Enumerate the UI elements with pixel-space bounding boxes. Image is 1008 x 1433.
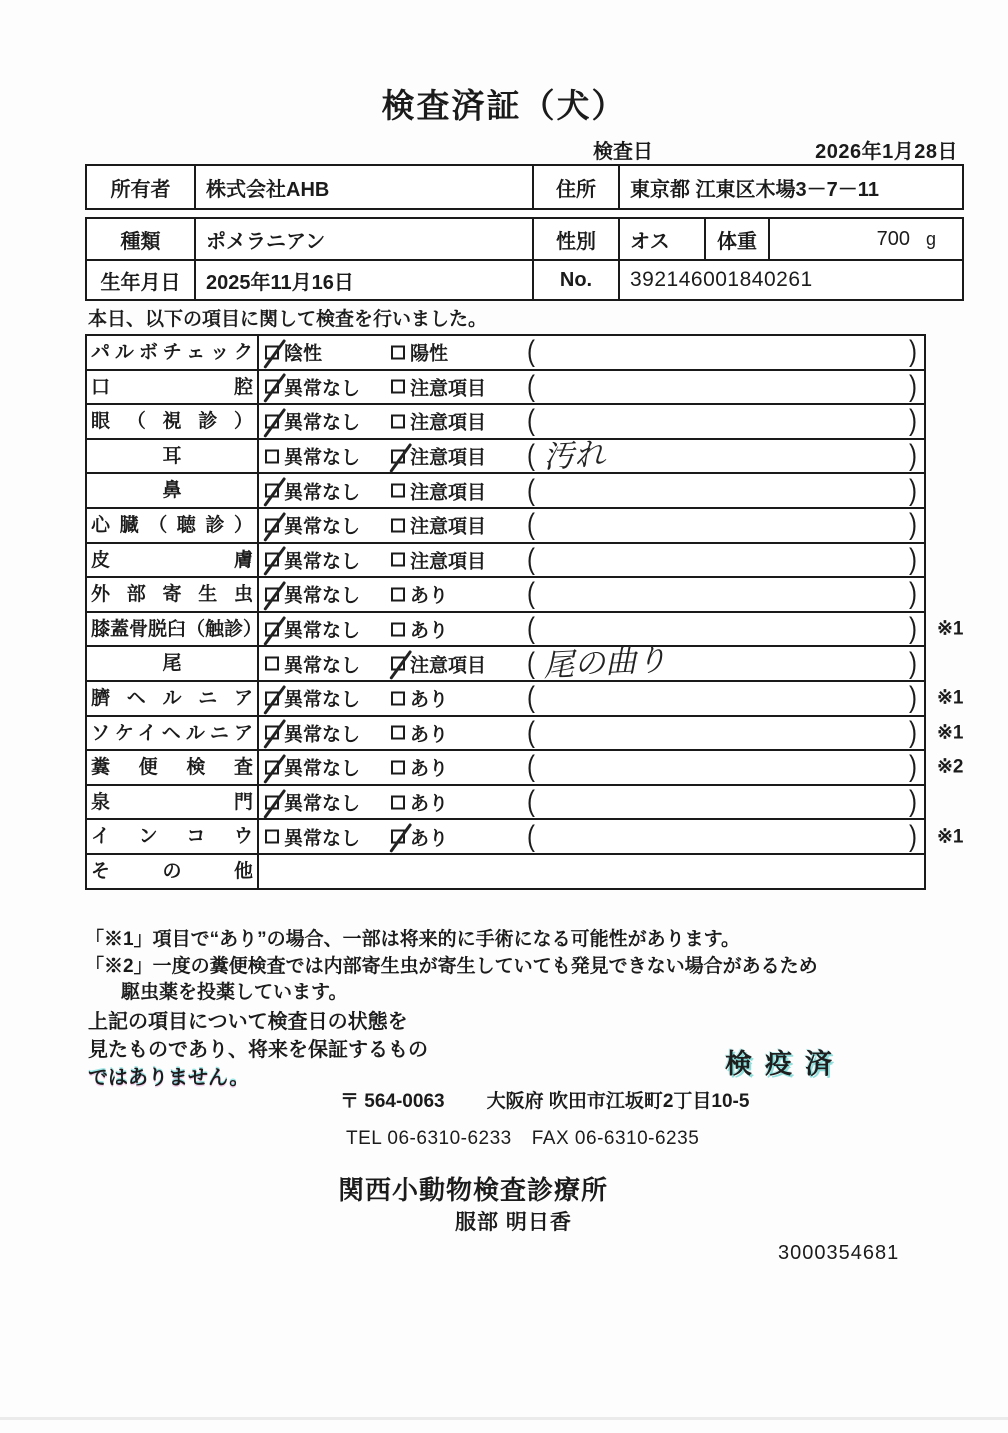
option-2: あり — [391, 685, 448, 712]
checkbox-icon — [391, 449, 405, 463]
option-1: 異常なし — [265, 823, 360, 850]
row-label: ソケイヘルニア — [87, 717, 259, 750]
owner-table: 所有者 株式会社AHB 住所 東京都 江東区木場3－7－11 — [85, 164, 964, 210]
clinic-phone-line: TEL 06-6310-6233FAX 06-6310-6235 — [346, 1128, 699, 1150]
option-2: あり — [391, 616, 448, 643]
clinic-tel: TEL 06-6310-6233 — [346, 1128, 512, 1149]
option-2-label: あり — [410, 685, 448, 712]
exam-date-label: 検査日 — [593, 135, 653, 164]
quarantine-stamp: 検疫済 — [725, 1042, 845, 1081]
checkbox-icon — [391, 380, 405, 394]
row-note-handwriting: 汚れ — [542, 428, 606, 476]
owner-value: 株式会社AHB — [194, 166, 532, 208]
paren-open-icon: ( — [527, 439, 535, 474]
row-label: 外部寄生虫 — [87, 578, 259, 611]
weight-unit: g — [926, 229, 936, 250]
option-1-label: 異常なし — [284, 823, 360, 850]
checklist-row: 臍ヘルニア 異常なし あり ( ) ※1 — [85, 680, 926, 717]
paren-open-icon: ( — [527, 577, 535, 612]
paren-close-icon: ) — [909, 612, 917, 647]
option-2: あり — [391, 823, 448, 850]
option-1-label: 異常なし — [284, 789, 360, 816]
clinic-name: 関西小動物検査診療所 — [338, 1170, 608, 1207]
species-value: ポメラニアン — [194, 219, 532, 259]
row-options: 異常なし 注意項目 ( ) — [259, 371, 924, 404]
row-options: 陰性 陽性 ( ) — [259, 336, 924, 369]
option-1-label: 異常なし — [284, 477, 360, 504]
option-2-label: あり — [410, 823, 448, 850]
row-label: 尾 — [87, 647, 259, 680]
address-value: 東京都 江東区木場3－7－11 — [618, 166, 962, 208]
checkbox-icon — [265, 484, 279, 498]
checkbox-icon — [391, 795, 405, 809]
checkbox-icon — [391, 414, 405, 428]
option-1: 異常なし — [265, 408, 360, 435]
paren-close-icon: ) — [909, 369, 917, 404]
row-options: 異常なし あり ( ) — [259, 751, 924, 784]
option-2-label: あり — [410, 754, 448, 781]
row-footnote-mark: ※1 — [937, 721, 964, 744]
checkbox-icon — [391, 518, 405, 532]
row-label: 口腔 — [87, 371, 259, 404]
row-label: パルボチェック — [87, 336, 259, 369]
option-1-label: 異常なし — [284, 616, 360, 643]
row-label: 臍ヘルニア — [87, 682, 259, 715]
checkbox-icon — [391, 484, 405, 498]
option-2-label: 注意項目 — [410, 477, 486, 504]
address-label: 住所 — [532, 166, 618, 208]
row-label: 泉門 — [87, 786, 259, 819]
checkbox-icon — [265, 830, 279, 844]
option-1: 異常なし — [265, 477, 360, 504]
weight-value: 700 g — [768, 219, 962, 259]
row-label: インコウ — [87, 820, 259, 853]
option-2: あり — [391, 719, 448, 746]
row-note-handwriting: 尾の曲り — [542, 634, 668, 685]
paren-close-icon: ) — [909, 542, 917, 577]
checklist-row: 糞便検査 異常なし あり ( ) ※2 — [85, 749, 926, 786]
option-1: 異常なし — [265, 373, 360, 400]
animal-table: 種類 ポメラニアン 性別 オス 体重 700 g 生年月日 2025年11月16… — [85, 217, 964, 301]
weight-label: 体重 — [704, 219, 768, 259]
checklist-row: 口腔 異常なし 注意項目 ( ) — [85, 369, 926, 406]
checkbox-icon — [391, 587, 405, 601]
statement-line-1: 上記の項目について検査日の状態を — [88, 1008, 428, 1036]
row-options: 異常なし あり ( ) — [259, 682, 924, 715]
paren-open-icon: ( — [527, 404, 535, 439]
checkbox-icon — [265, 449, 279, 463]
document-number: 3000354681 — [778, 1242, 899, 1265]
option-2-label: あり — [410, 719, 448, 746]
paren-close-icon: ) — [909, 750, 917, 785]
checkbox-icon — [391, 830, 405, 844]
option-1-label: 異常なし — [284, 373, 360, 400]
option-2-label: 注意項目 — [410, 512, 486, 539]
paren-close-icon: ) — [909, 819, 917, 854]
checkbox-icon — [391, 657, 405, 671]
row-footnote-mark: ※1 — [937, 687, 964, 710]
row-options: 異常なし 注意項目 ( ) — [259, 474, 924, 507]
option-1: 異常なし — [265, 546, 360, 573]
footnote-2-continued: 駆虫薬を投薬しています。 — [121, 977, 347, 1004]
paren-close-icon: ) — [909, 715, 917, 750]
option-2: 注意項目 — [391, 408, 486, 435]
scan-artifact-line — [0, 1417, 1008, 1420]
checklist-row: 鼻 異常なし 注意項目 ( ) — [85, 472, 926, 509]
paren-close-icon: ) — [909, 785, 917, 820]
checklist-row: 心臓（聴診） 異常なし 注意項目 ( ) — [85, 507, 926, 544]
birth-value: 2025年11月16日 — [194, 261, 532, 299]
examiner-name: 服部 明日香 — [455, 1206, 572, 1236]
row-options: 異常なし あり ( ) — [259, 820, 924, 853]
checklist-row: 耳 異常なし 注意項目 ( 汚れ ) — [85, 438, 926, 475]
row-label: その他 — [87, 855, 259, 888]
checkbox-icon — [265, 345, 279, 359]
paren-open-icon: ( — [527, 785, 535, 820]
exam-date-value: 2026年1月28日 — [815, 135, 958, 164]
option-2: あり — [391, 754, 448, 781]
row-label: 糞便検査 — [87, 751, 259, 784]
no-value: 392146001840261 — [618, 261, 962, 299]
checklist-row: 膝蓋骨脱臼（触診） 異常なし あり ( ) ※1 — [85, 611, 926, 648]
clinic-address: 大阪府 吹田市江坂町2丁目10-5 — [487, 1091, 750, 1112]
owner-row: 所有者 株式会社AHB 住所 東京都 江東区木場3－7－11 — [87, 166, 962, 208]
birth-row: 生年月日 2025年11月16日 No. 392146001840261 — [87, 259, 962, 299]
option-1: 異常なし — [265, 443, 360, 470]
paren-close-icon: ) — [909, 681, 917, 716]
clinic-postal-code: 〒 564-0063 — [340, 1091, 445, 1112]
checkbox-icon — [265, 380, 279, 394]
checkbox-icon — [265, 691, 279, 705]
checkbox-icon — [391, 345, 405, 359]
checklist-row: パルボチェック 陰性 陽性 ( ) — [85, 334, 926, 371]
checkbox-icon — [391, 760, 405, 774]
option-1: 異常なし — [265, 581, 360, 608]
option-1-label: 異常なし — [284, 685, 360, 712]
row-options: 異常なし 注意項目 ( ) — [259, 544, 924, 577]
option-1-label: 異常なし — [284, 512, 360, 539]
paren-open-icon: ( — [527, 542, 535, 577]
row-options: 異常なし 注意項目 ( ) — [259, 509, 924, 542]
clinic-address-line: 〒 564-0063大阪府 吹田市江坂町2丁目10-5 — [340, 1086, 749, 1113]
row-options: 異常なし あり ( ) — [259, 717, 924, 750]
paren-close-icon: ) — [909, 335, 917, 370]
option-2: 注意項目 — [391, 443, 486, 470]
checkbox-icon — [265, 414, 279, 428]
option-1: 異常なし — [265, 789, 360, 816]
option-1-label: 陰性 — [284, 339, 322, 366]
paren-open-icon: ( — [527, 681, 535, 716]
checkbox-icon — [265, 622, 279, 636]
checkbox-icon — [391, 726, 405, 740]
option-2: 陽性 — [391, 339, 448, 366]
row-footnote-mark: ※2 — [937, 756, 964, 779]
row-label: 鼻 — [87, 474, 259, 507]
option-1: 陰性 — [265, 339, 322, 366]
row-footnote-mark: ※1 — [937, 825, 964, 848]
paren-open-icon: ( — [527, 646, 535, 681]
checkbox-icon — [265, 553, 279, 567]
option-1-label: 異常なし — [284, 546, 360, 573]
row-options: 異常なし 注意項目 ( 尾の曲り ) — [259, 647, 924, 680]
checkbox-icon — [391, 553, 405, 567]
row-label: 皮膚 — [87, 544, 259, 577]
paren-close-icon: ) — [909, 646, 917, 681]
checkbox-icon — [265, 726, 279, 740]
checklist-row: 皮膚 異常なし 注意項目 ( ) — [85, 542, 926, 579]
option-1: 異常なし — [265, 754, 360, 781]
row-options: 異常なし あり ( ) — [259, 786, 924, 819]
option-2: 注意項目 — [391, 373, 486, 400]
option-1: 異常なし — [265, 616, 360, 643]
option-1: 異常なし — [265, 685, 360, 712]
paren-open-icon: ( — [527, 335, 535, 370]
option-2-label: 注意項目 — [410, 546, 486, 573]
species-row: 種類 ポメラニアン 性別 オス 体重 700 g — [87, 219, 962, 259]
checkbox-icon — [265, 518, 279, 532]
row-label: 膝蓋骨脱臼（触診） — [87, 613, 259, 646]
paren-open-icon: ( — [527, 369, 535, 404]
sex-label: 性別 — [532, 219, 618, 259]
option-2-label: あり — [410, 616, 448, 643]
no-label: No. — [532, 261, 618, 299]
clinic-fax: FAX 06-6310-6235 — [532, 1128, 700, 1149]
option-2: 注意項目 — [391, 650, 486, 677]
paren-open-icon: ( — [527, 715, 535, 750]
intro-text: 本日、以下の項目に関して検査を行いました。 — [88, 304, 487, 331]
footnote-2: 「※2」一度の糞便検査では内部寄生虫が寄生していても発見できない場合があるため — [85, 951, 818, 978]
option-2: 注意項目 — [391, 546, 486, 573]
checklist-table: パルボチェック 陰性 陽性 ( ) 口腔 異常なし — [85, 334, 926, 890]
page-title: 検査済証（犬） — [0, 80, 1008, 127]
option-2: 注意項目 — [391, 477, 486, 504]
checklist-row: その他 — [85, 853, 926, 890]
checkbox-icon — [265, 760, 279, 774]
option-1-label: 異常なし — [284, 581, 360, 608]
row-footnote-mark: ※1 — [937, 618, 964, 641]
option-1: 異常なし — [265, 719, 360, 746]
option-2: あり — [391, 789, 448, 816]
weight-number: 700 — [877, 228, 910, 251]
row-label: 耳 — [87, 440, 259, 473]
option-1-label: 異常なし — [284, 650, 360, 677]
paren-open-icon: ( — [527, 508, 535, 543]
option-1: 異常なし — [265, 650, 360, 677]
species-label: 種類 — [87, 219, 194, 259]
option-2-label: 陽性 — [410, 339, 448, 366]
option-2-label: 注意項目 — [410, 373, 486, 400]
paren-open-icon: ( — [527, 819, 535, 854]
checklist-row: 尾 異常なし 注意項目 ( 尾の曲り ) — [85, 645, 926, 682]
row-options — [259, 855, 924, 888]
paren-open-icon: ( — [527, 473, 535, 508]
paren-close-icon: ) — [909, 577, 917, 612]
paren-close-icon: ) — [909, 404, 917, 439]
option-1-label: 異常なし — [284, 408, 360, 435]
checkbox-icon — [391, 691, 405, 705]
checklist-row: ソケイヘルニア 異常なし あり ( ) ※1 — [85, 715, 926, 752]
disclaimer-statement: 上記の項目について検査日の状態を 見たものであり、将来を保証するもの ではありま… — [88, 1008, 428, 1092]
paren-open-icon: ( — [527, 750, 535, 785]
paren-close-icon: ) — [909, 508, 917, 543]
paren-open-icon: ( — [527, 612, 535, 647]
option-2: あり — [391, 581, 448, 608]
option-2-label: 注意項目 — [410, 408, 486, 435]
option-2-label: 注意項目 — [410, 443, 486, 470]
checkbox-icon — [265, 657, 279, 671]
option-1-label: 異常なし — [284, 719, 360, 746]
checklist-row: 眼（視診） 異常なし 注意項目 ( ) — [85, 403, 926, 440]
option-2: 注意項目 — [391, 512, 486, 539]
checkbox-icon — [265, 587, 279, 601]
row-options: 異常なし 注意項目 ( 汚れ ) — [259, 440, 924, 473]
row-label: 眼（視診） — [87, 405, 259, 438]
row-options: 異常なし あり ( ) — [259, 578, 924, 611]
owner-label: 所有者 — [87, 166, 194, 208]
checklist-row: 泉門 異常なし あり ( ) — [85, 784, 926, 821]
option-1: 異常なし — [265, 512, 360, 539]
certificate-page: 検査済証（犬） 検査日 2026年1月28日 所有者 株式会社AHB 住所 東京… — [0, 0, 1008, 1433]
checkbox-icon — [391, 622, 405, 636]
birth-label: 生年月日 — [87, 261, 194, 299]
option-1-label: 異常なし — [284, 443, 360, 470]
option-1-label: 異常なし — [284, 754, 360, 781]
checkbox-icon — [265, 795, 279, 809]
option-2-label: あり — [410, 581, 448, 608]
paren-close-icon: ) — [909, 473, 917, 508]
statement-line-2: 見たものであり、将来を保証するもの — [88, 1036, 428, 1064]
sex-value: オス — [618, 219, 704, 259]
option-2-label: あり — [410, 789, 448, 816]
option-2-label: 注意項目 — [410, 650, 486, 677]
footnote-1: 「※1」項目で“あり”の場合、一部は将来的に手術になる可能性があります。 — [85, 924, 740, 951]
row-label: 心臓（聴診） — [87, 509, 259, 542]
checklist-row: 外部寄生虫 異常なし あり ( ) — [85, 576, 926, 613]
paren-close-icon: ) — [909, 439, 917, 474]
checklist-row: インコウ 異常なし あり ( ) ※1 — [85, 818, 926, 855]
